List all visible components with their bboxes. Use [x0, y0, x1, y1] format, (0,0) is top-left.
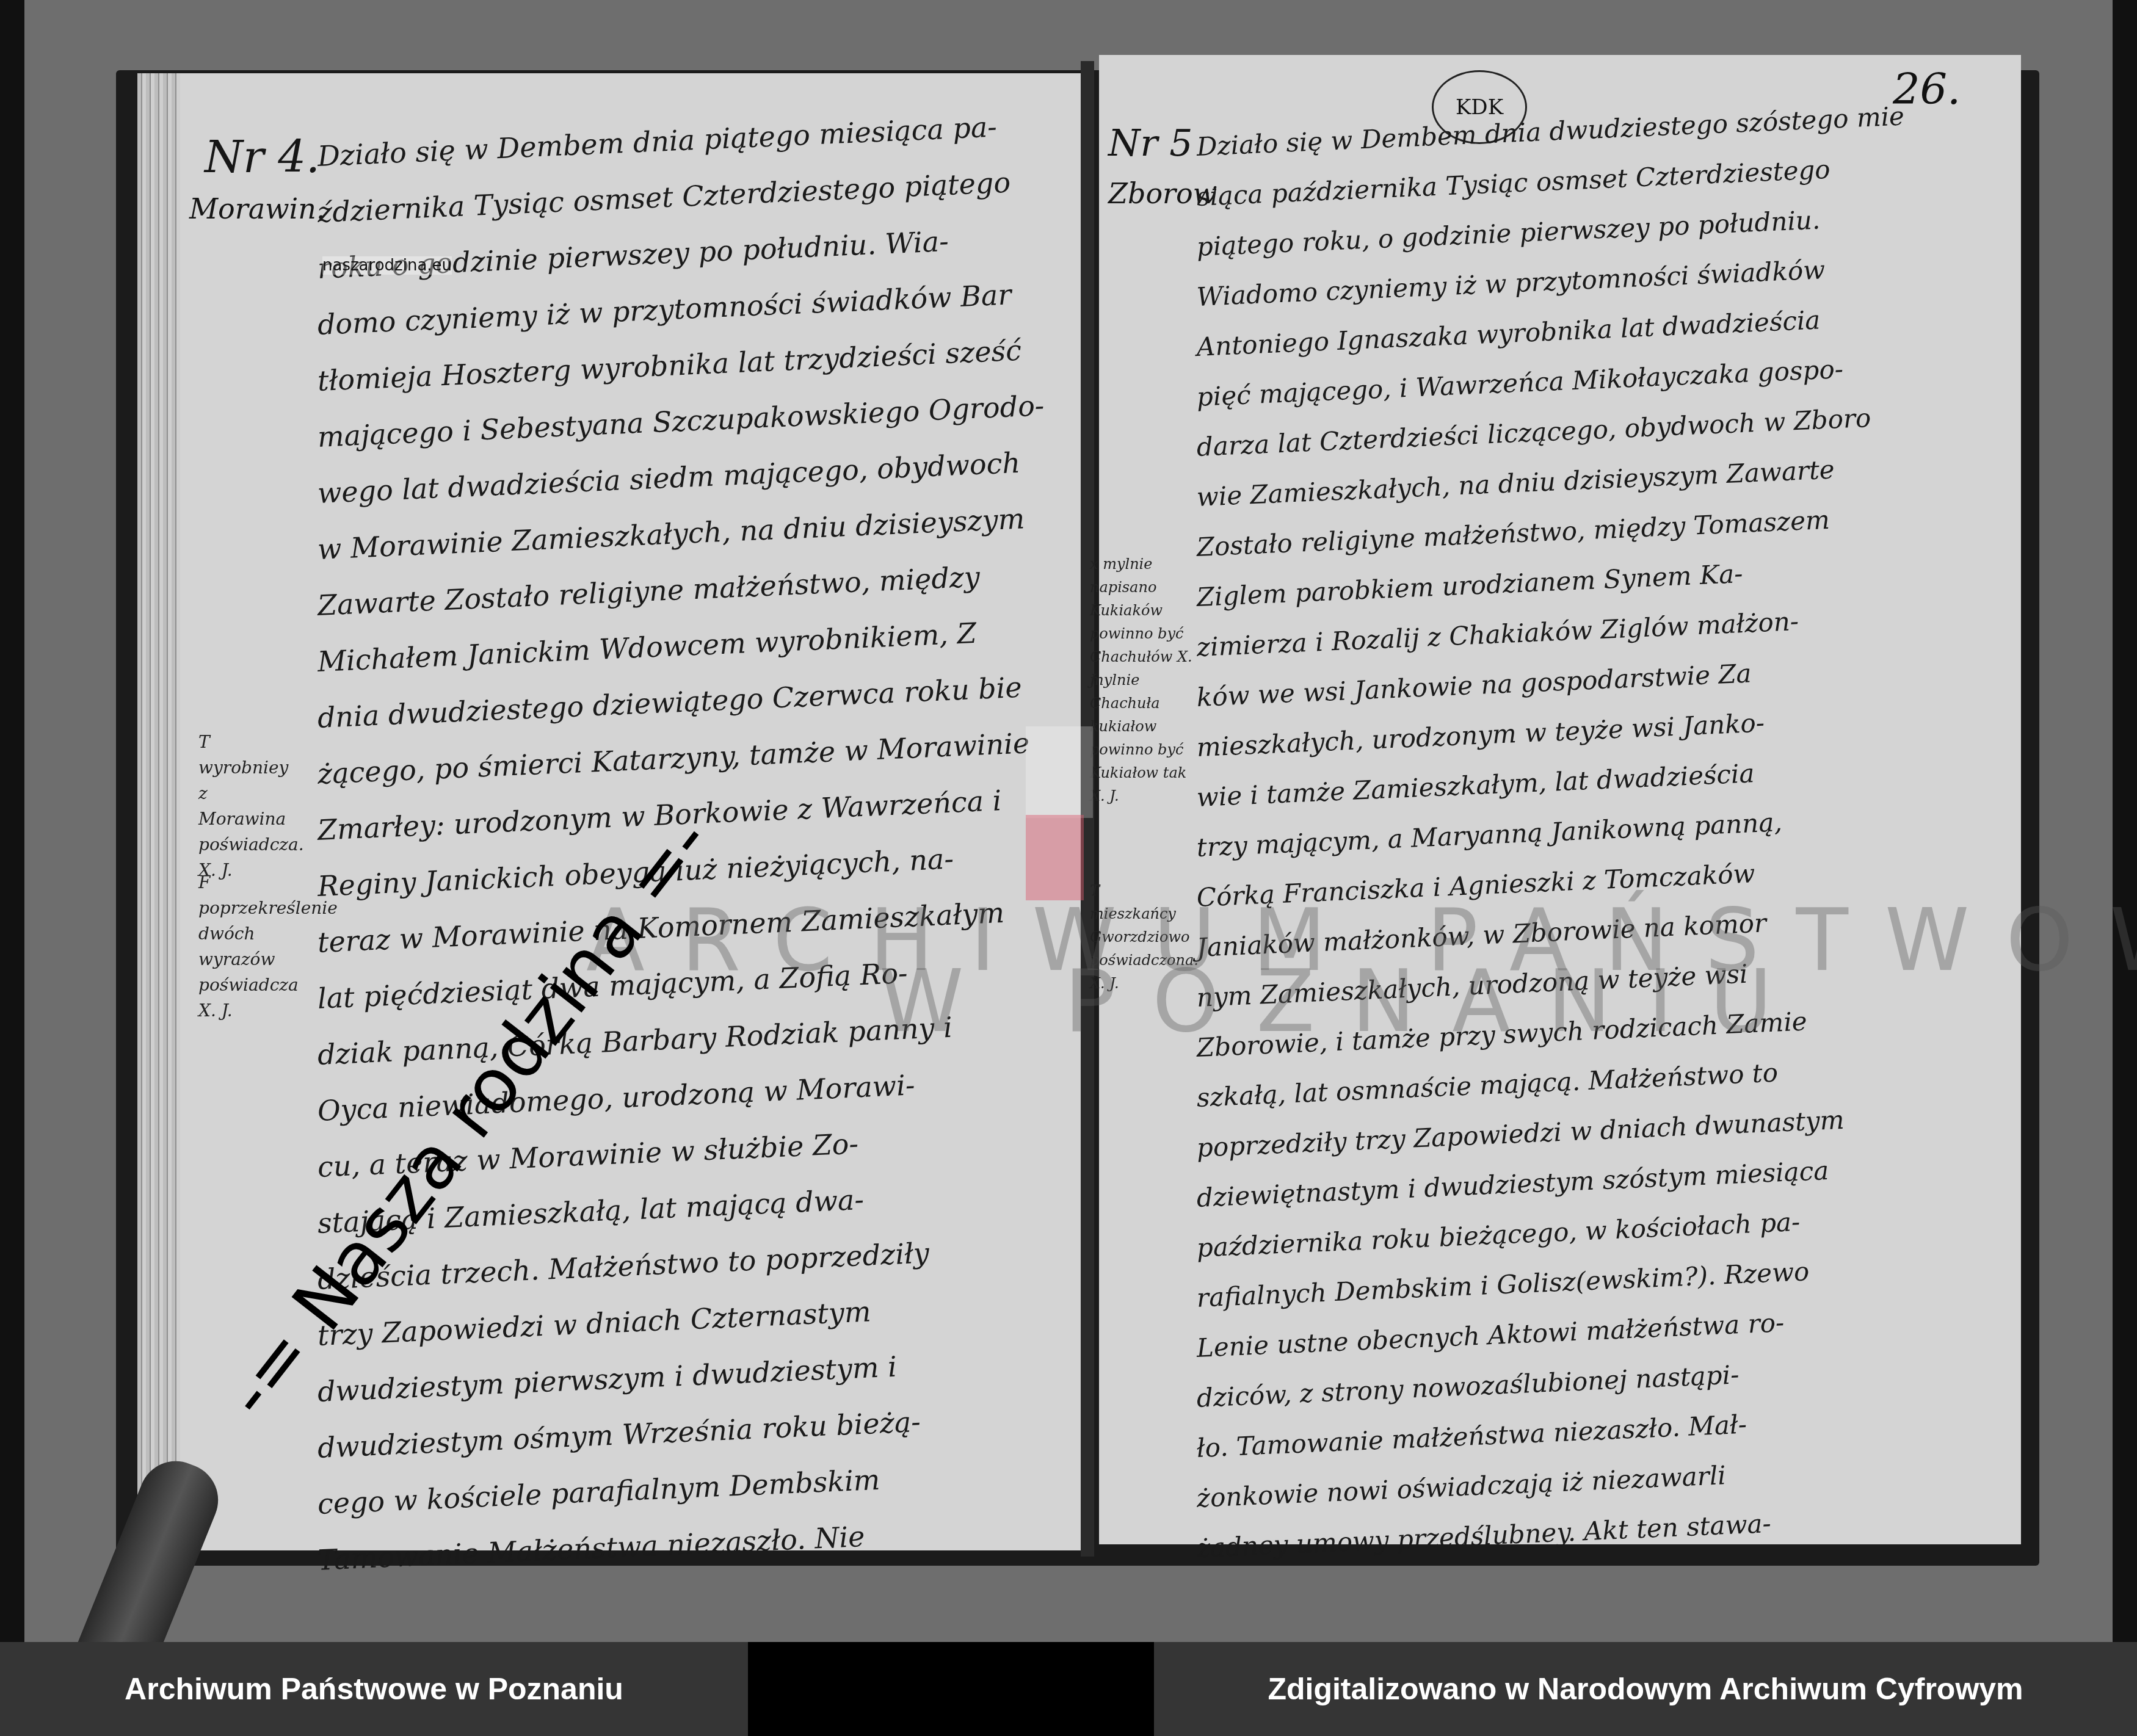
highlight-overlay-red	[1026, 815, 1084, 900]
place-margin-left: Morawin.	[189, 192, 325, 225]
footer-spacer	[748, 1642, 1154, 1736]
site-watermark: naszarodzina.eu	[322, 256, 452, 275]
archive-watermark-line-2: W POZNANIU	[879, 952, 1809, 1052]
footer-digitized-label: Zdigitalizowano w Narodowym Archiwum Cyf…	[1154, 1642, 2137, 1736]
highlight-overlay	[1026, 726, 1093, 818]
entry-number-left: Nr 4.	[205, 131, 320, 183]
page-edges	[137, 73, 180, 1550]
entry-number-right: Nr 5	[1108, 122, 1192, 165]
margin-note-left-2: F poprzekreślenie dwóch wyrazów poświadc…	[198, 870, 290, 1024]
footer-bar: Archiwum Państwowe w Poznaniu Zdigitaliz…	[0, 1642, 2137, 1736]
footer-archive-label: Archiwum Państwowe w Poznaniu	[0, 1642, 748, 1736]
document-scan: Nr 4. Morawin. Działo się w Dembem dnia …	[0, 0, 2137, 1642]
scan-right-shadow	[2113, 0, 2137, 1642]
entry-text-right: Działo się w Dembem dnia dwudziestego sz…	[1197, 122, 1905, 1574]
scan-left-shadow	[0, 0, 24, 1642]
margin-note-right-2: mylnie Chachuła kukiałow powinno być Kuk…	[1090, 668, 1194, 808]
margin-note-left-1: T wyrobniey z Morawina poświadcza. X. J.	[198, 729, 290, 883]
